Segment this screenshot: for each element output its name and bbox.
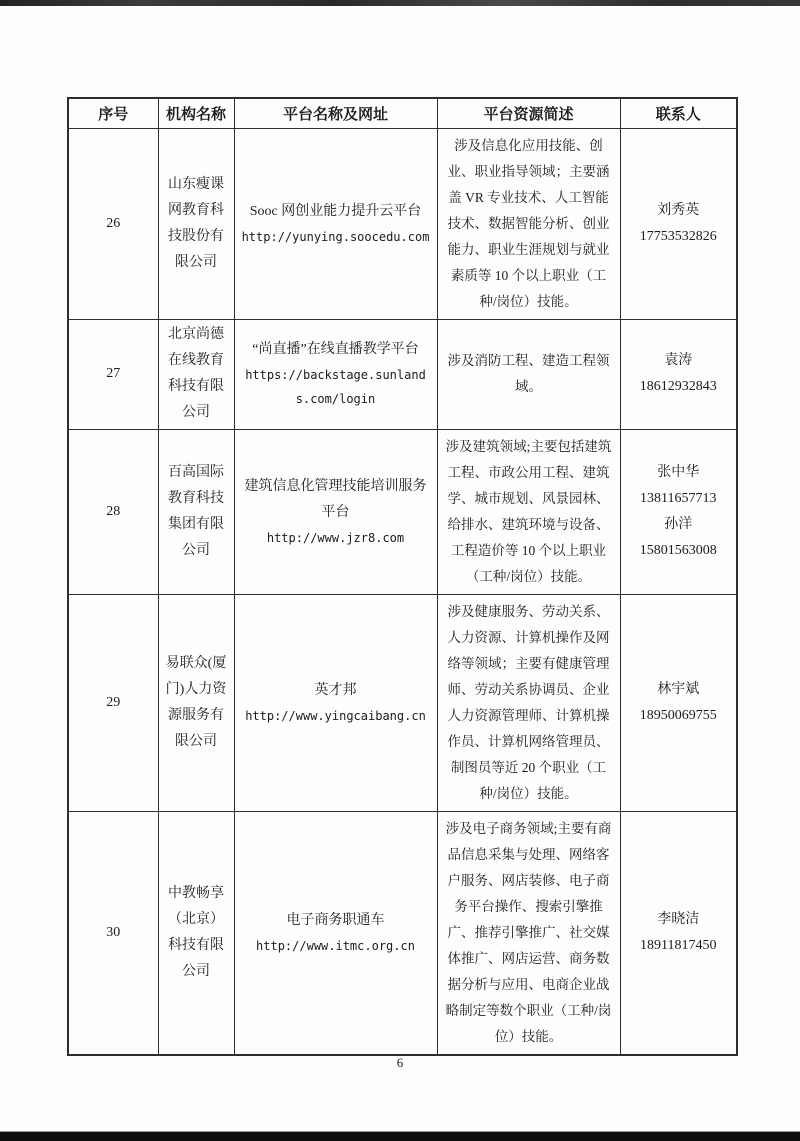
platform-description: 涉及信息化应用技能、创业、职业指导领域；主要涵盖 VR 专业技术、人工智能技术、… xyxy=(437,128,620,319)
table-row: 30 中教畅享（北京）科技有限公司 电子商务职通车 http://www.itm… xyxy=(68,811,737,1055)
platform-description: 涉及健康服务、劳动关系、人力资源、计算机操作及网络等领域；主要有健康管理师、劳动… xyxy=(437,594,620,811)
platform-description: 涉及消防工程、建造工程领域。 xyxy=(437,319,620,429)
table-row: 29 易联众(厦门)人力资源服务有限公司 英才邦 http://www.ying… xyxy=(68,594,737,811)
serial-number: 29 xyxy=(68,594,158,811)
contact-phone: 18612932843 xyxy=(623,374,735,400)
header-contact: 联系人 xyxy=(620,98,737,128)
platform-cell: 建筑信息化管理技能培训服务平台 http://www.jzr8.com xyxy=(234,429,437,594)
platform-url: http://www.yingcaibang.cn xyxy=(239,704,433,728)
contact-name: 刘秀英 xyxy=(623,198,735,224)
table-row: 28 百高国际教育科技集团有限公司 建筑信息化管理技能培训服务平台 http:/… xyxy=(68,429,737,594)
contact-phone: 18950069755 xyxy=(623,703,735,729)
contact-name: 张中华 xyxy=(623,460,735,486)
org-name: 北京尚德在线教育科技有限公司 xyxy=(158,319,234,429)
scan-artifact-top-edge xyxy=(0,0,800,6)
platform-name: 电子商务职通车 xyxy=(239,908,433,934)
contact-cell: 袁涛 18612932843 xyxy=(620,319,737,429)
contact-phone: 17753532826 xyxy=(623,224,735,250)
header-platform: 平台名称及网址 xyxy=(234,98,437,128)
header-description: 平台资源简述 xyxy=(437,98,620,128)
contact-name: 袁涛 xyxy=(623,348,735,374)
header-org-name: 机构名称 xyxy=(158,98,234,128)
contact-name: 孙洋 xyxy=(623,512,735,538)
contact-cell: 张中华 13811657713 孙洋 15801563008 xyxy=(620,429,737,594)
scan-artifact-bottom-edge xyxy=(0,1131,800,1141)
platform-name: Sooc 网创业能力提升云平台 xyxy=(239,199,433,225)
platform-cell: “尚直播”在线直播教学平台 https://backstage.sunlands… xyxy=(234,319,437,429)
contact-name: 林宇斌 xyxy=(623,677,735,703)
platform-name: “尚直播”在线直播教学平台 xyxy=(239,337,433,363)
platform-url: http://www.jzr8.com xyxy=(239,526,433,550)
platform-cell: 电子商务职通车 http://www.itmc.org.cn xyxy=(234,811,437,1055)
org-name: 易联众(厦门)人力资源服务有限公司 xyxy=(158,594,234,811)
table-row: 27 北京尚德在线教育科技有限公司 “尚直播”在线直播教学平台 https://… xyxy=(68,319,737,429)
table-row: 26 山东瘦课网教育科技股份有限公司 Sooc 网创业能力提升云平台 http:… xyxy=(68,128,737,319)
platform-url: https://backstage.sunlands.com/login xyxy=(239,363,433,411)
org-name: 中教畅享（北京）科技有限公司 xyxy=(158,811,234,1055)
org-name: 百高国际教育科技集团有限公司 xyxy=(158,429,234,594)
contact-phone: 15801563008 xyxy=(623,538,735,564)
header-serial-number: 序号 xyxy=(68,98,158,128)
org-name: 山东瘦课网教育科技股份有限公司 xyxy=(158,128,234,319)
platform-description: 涉及电子商务领域;主要有商品信息采集与处理、网络客户服务、网店装修、电子商务平台… xyxy=(437,811,620,1055)
contact-cell: 李晓洁 18911817450 xyxy=(620,811,737,1055)
platform-cell: 英才邦 http://www.yingcaibang.cn xyxy=(234,594,437,811)
scanned-document-page: 序号 机构名称 平台名称及网址 平台资源简述 联系人 26 山东瘦课网教育科技股… xyxy=(0,0,800,1141)
platform-url: http://yunying.soocedu.com xyxy=(239,225,433,249)
contact-cell: 刘秀英 17753532826 xyxy=(620,128,737,319)
platform-url: http://www.itmc.org.cn xyxy=(239,934,433,958)
serial-number: 28 xyxy=(68,429,158,594)
contact-cell: 林宇斌 18950069755 xyxy=(620,594,737,811)
platform-description: 涉及建筑领域;主要包括建筑工程、市政公用工程、建筑学、城市规划、风景园林、给排水… xyxy=(437,429,620,594)
serial-number: 26 xyxy=(68,128,158,319)
contact-phone: 13811657713 xyxy=(623,486,735,512)
serial-number: 30 xyxy=(68,811,158,1055)
table-header-row: 序号 机构名称 平台名称及网址 平台资源简述 联系人 xyxy=(68,98,737,128)
contact-phone: 18911817450 xyxy=(623,933,735,959)
page-number: 6 xyxy=(0,1055,800,1071)
platform-cell: Sooc 网创业能力提升云平台 http://yunying.soocedu.c… xyxy=(234,128,437,319)
platform-name: 英才邦 xyxy=(239,678,433,704)
contact-name: 李晓洁 xyxy=(623,907,735,933)
platform-name: 建筑信息化管理技能培训服务平台 xyxy=(239,474,433,526)
platform-resources-table: 序号 机构名称 平台名称及网址 平台资源简述 联系人 26 山东瘦课网教育科技股… xyxy=(67,97,738,1056)
serial-number: 27 xyxy=(68,319,158,429)
